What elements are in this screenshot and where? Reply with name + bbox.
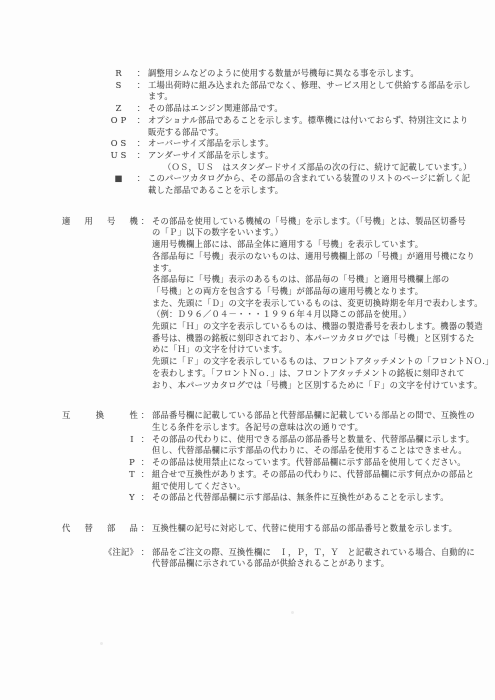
body-text-line: 各部品毎に「号機」表示のないものは、適用号機欄上部の「号機」が適用号機になり — [152, 251, 448, 263]
colon-separator: ： — [134, 138, 148, 150]
section-title: 互換性 — [62, 410, 138, 422]
scan-speck — [100, 642, 103, 645]
body-text-line: 生じる条件を示します。各記号の意味は次の通りです。 — [152, 422, 448, 434]
body-text-line: を表わします。「フロントＮｏ．」は、フロントアタッチメントの銘板に刻印されて — [152, 368, 448, 380]
legend-text-line: 工場出荷時に組み込まれた部品でなく、修理、サービス用として供給する部品を示し — [148, 80, 444, 92]
legend-text-line: ます。 — [148, 91, 444, 103]
colon-separator: ： — [138, 410, 152, 422]
colon-separator: ： — [138, 216, 152, 228]
body-text-line: その部品を使用している機械の「号機」を示します。（「号機」とは、製品区切番号 — [152, 216, 448, 228]
legend-text-line: 調整用シムなどのように使用する数量が号機毎に異なる事を示します。 — [148, 68, 444, 80]
legend-text-line: オーバーサイズ部品を示します。 — [148, 138, 444, 150]
body-text-line: 組で使用してください。 — [152, 481, 448, 493]
colon-separator: ： — [134, 150, 148, 162]
section-title: 適用号機 — [62, 216, 138, 228]
compat-code: Y — [126, 492, 138, 504]
os-us-note: （ＯＳ，ＵＳ はスタンダードサイズ部品の次の行に、続けて記載しています。） — [163, 162, 495, 174]
body-text-line: 番号は、機器の銘板に刻印されており、本パーツカタログでは「号機」と区別するた — [152, 333, 448, 345]
colon-separator: ： — [134, 115, 148, 127]
colon-separator: ： — [138, 457, 152, 469]
scanned-document-page: R ： 調整用シムなどのように使用する数量が号機毎に異なる事を示します。 S ：… — [0, 0, 495, 700]
colon-separator: ： — [138, 492, 152, 504]
legend-row-os: OS ： オーバーサイズ部品を示します。 — [106, 138, 495, 150]
body-text-line: 部品番号欄に記載している部品と代替部品欄に記載している部品との間で、互換性の — [152, 410, 448, 422]
compat-row-y: Y ： その部品と代替部品欄に示す部品は、無条件に互換性があることを示します。 — [126, 492, 495, 504]
compat-row-i: I ： その部品の代わりに、使用できる部品の部品番号と数量を、代替部品欄に示しま… — [126, 434, 495, 457]
section-title: 代替部品 — [62, 523, 138, 535]
legend-row-us: US ： アンダーサイズ部品を示します。 — [106, 150, 495, 162]
body-text-line: めに「Ｈ」の文字を付けています。 — [152, 344, 448, 356]
legend-text-line: このパーツカタログから、その部品の含まれている装置のリストのページに新しく記 — [148, 173, 444, 185]
compat-code: T — [126, 469, 138, 481]
parts-catalog-legend-text: R ： 調整用シムなどのように使用する数量が号機毎に異なる事を示します。 S ：… — [62, 68, 495, 570]
body-text-line: 適用号機欄上部には、部品全体に適用する「号機」を表示しています。 — [152, 239, 448, 251]
colon-separator: ： — [138, 434, 152, 446]
body-text-line: 代替部品欄に示されている部品が供給されることがあります。 — [152, 558, 448, 570]
body-text-line: （例：Ｄ９６／０４－・・・１９９６年４月以降この部品を使用。） — [152, 309, 448, 321]
legend-row-r: R ： 調整用シムなどのように使用する数量が号機毎に異なる事を示します。 — [106, 68, 495, 80]
section-substitute-parts: 代替部品 ： 互換性欄の記号に対応して、代替に使用する部品の部品番号と数量を示し… — [62, 523, 495, 535]
legend-row-z: Z ： その部品はエンジン関連部品です。 — [106, 103, 495, 115]
body-text-line: 「号機」との両方を包含する「号機」が部品毎の適用号機となります。 — [152, 286, 448, 298]
compat-row-p: P ： その部品は使用禁止になっています。代替部品欄に示す部品を使用してください… — [126, 457, 495, 469]
body-text-line: の「Ｐ」以下の数字をいいます。） — [152, 227, 448, 239]
colon-separator: ： — [138, 547, 152, 559]
legend-row-new-part: ■ ： このパーツカタログから、その部品の含まれている装置のリストのページに新し… — [106, 173, 495, 196]
legend-row-op: OP ： オプショナル部品であることを示します。標準機には付いておらず、特別注文… — [106, 115, 495, 138]
compat-code: I — [126, 434, 138, 446]
body-text-line: 但し、代替部品欄に示す部品の代わりに、その部品を使用することはできません。 — [152, 445, 448, 457]
legend-symbol: OS — [106, 138, 134, 150]
legend-symbol: S — [106, 80, 134, 92]
body-text-line: その部品と代替部品欄に示す部品は、無条件に互換性があることを示します。 — [152, 492, 448, 504]
colon-separator: ： — [134, 80, 148, 92]
legend-text-line: その部品はエンジン関連部品です。 — [148, 103, 444, 115]
legend-text-line: 販売する部品です。 — [148, 127, 444, 139]
remarks-title: 《注記》 — [62, 547, 138, 559]
colon-separator: ： — [138, 523, 152, 535]
legend-text-line: オプショナル部品であることを示します。標準機には付いておらず、特別注文により — [148, 115, 444, 127]
legend-symbol: R — [106, 68, 134, 80]
compat-code: P — [126, 457, 138, 469]
legend-text-line: アンダーサイズ部品を示します。 — [148, 150, 444, 162]
section-remarks: 《注記》 ： 部品をご注文の際、互換性欄に Ｉ，Ｐ，Ｔ，Ｙ と記載されている場合… — [62, 547, 495, 570]
compat-row-t: T ： 組合せで互換性があります。その部品の代わりに、代替部品欄に示す何点かの部… — [126, 469, 495, 492]
legend-symbol: Z — [106, 103, 134, 115]
legend-text-line: 載した部品であることを示します。 — [148, 185, 444, 197]
legend-row-s: S ： 工場出荷時に組み込まれた部品でなく、修理、サービス用として供給する部品を… — [106, 80, 495, 103]
colon-separator: ： — [134, 68, 148, 80]
body-text-line: 組合せで互換性があります。その部品の代わりに、代替部品欄に示す何点かの部品と — [152, 469, 448, 481]
body-text-line: 各部品毎に「号機」表示のあるものは、部品毎の「号機」と適用号機欄上部の — [152, 274, 448, 286]
body-text-line: その部品は使用禁止になっています。代替部品欄に示す部品を使用してください。 — [152, 457, 448, 469]
section-applicable-serial: 適用号機 ： その部品を使用している機械の「号機」を示します。（「号機」とは、製… — [62, 216, 495, 392]
legend-symbol: OP — [106, 115, 134, 127]
colon-separator: ： — [134, 173, 148, 185]
body-text-line: 先頭に「Ｆ」の文字を表示しているものは、フロントアタッチメントの「フロントＮＯ.… — [152, 356, 448, 368]
new-part-square-icon: ■ — [106, 173, 134, 185]
colon-separator: ： — [134, 103, 148, 115]
colon-separator: ： — [138, 469, 152, 481]
section-interchangeability: 互換性 ： 部品番号欄に記載している部品と代替部品欄に記載している部品との間で、… — [62, 410, 495, 433]
body-text-line: 先頭に「Ｈ」の文字を表示しているものは、機器の製造番号を表わします。機器の製造 — [152, 321, 448, 333]
body-text-line: おり、本パーツカタログでは「号機」と区別するために「Ｆ」の文字を付けています。 — [152, 380, 448, 392]
scan-speck — [291, 611, 294, 614]
body-text-line: 互換性欄の記号に対応して、代替に使用する部品の部品番号と数量を示します。 — [152, 523, 448, 535]
body-text-line: ます。 — [152, 263, 448, 275]
body-text-line: 部品をご注文の際、互換性欄に Ｉ，Ｐ，Ｔ，Ｙ と記載されている場合、自動的に — [152, 547, 448, 559]
legend-symbol: US — [106, 150, 134, 162]
body-text-line: また、先頭に「Ｄ」の文字を表示しているものは、変更切換時期を年月で表わします。 — [152, 298, 448, 310]
body-text-line: その部品の代わりに、使用できる部品の部品番号と数量を、代替部品欄に示します。 — [152, 434, 448, 446]
